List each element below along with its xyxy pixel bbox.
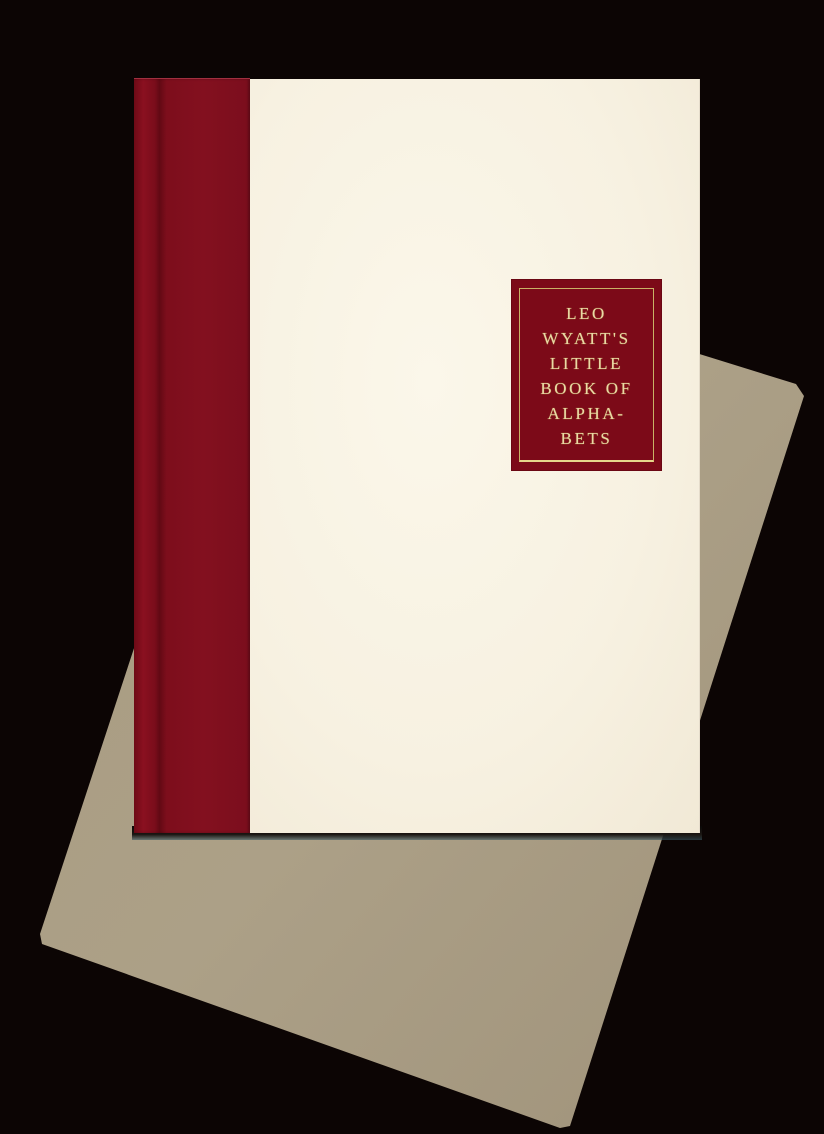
gold-rule-frame: LEO WYATT'S LITTLE BOOK OF ALPHA- BETS — [519, 288, 654, 462]
title-line-3: LITTLE — [550, 351, 623, 376]
photo-scene: LEO WYATT'S LITTLE BOOK OF ALPHA- BETS — [0, 0, 824, 1134]
book-spine — [134, 78, 250, 833]
title-label: LEO WYATT'S LITTLE BOOK OF ALPHA- BETS — [512, 280, 661, 470]
title-line-6: BETS — [561, 426, 613, 451]
title-line-2: WYATT'S — [542, 326, 630, 351]
book: LEO WYATT'S LITTLE BOOK OF ALPHA- BETS — [134, 78, 700, 832]
title-line-4: BOOK OF — [540, 376, 632, 401]
book-front-cover: LEO WYATT'S LITTLE BOOK OF ALPHA- BETS — [250, 79, 700, 833]
title-line-5: ALPHA- — [548, 401, 626, 426]
title-line-1: LEO — [566, 301, 607, 326]
